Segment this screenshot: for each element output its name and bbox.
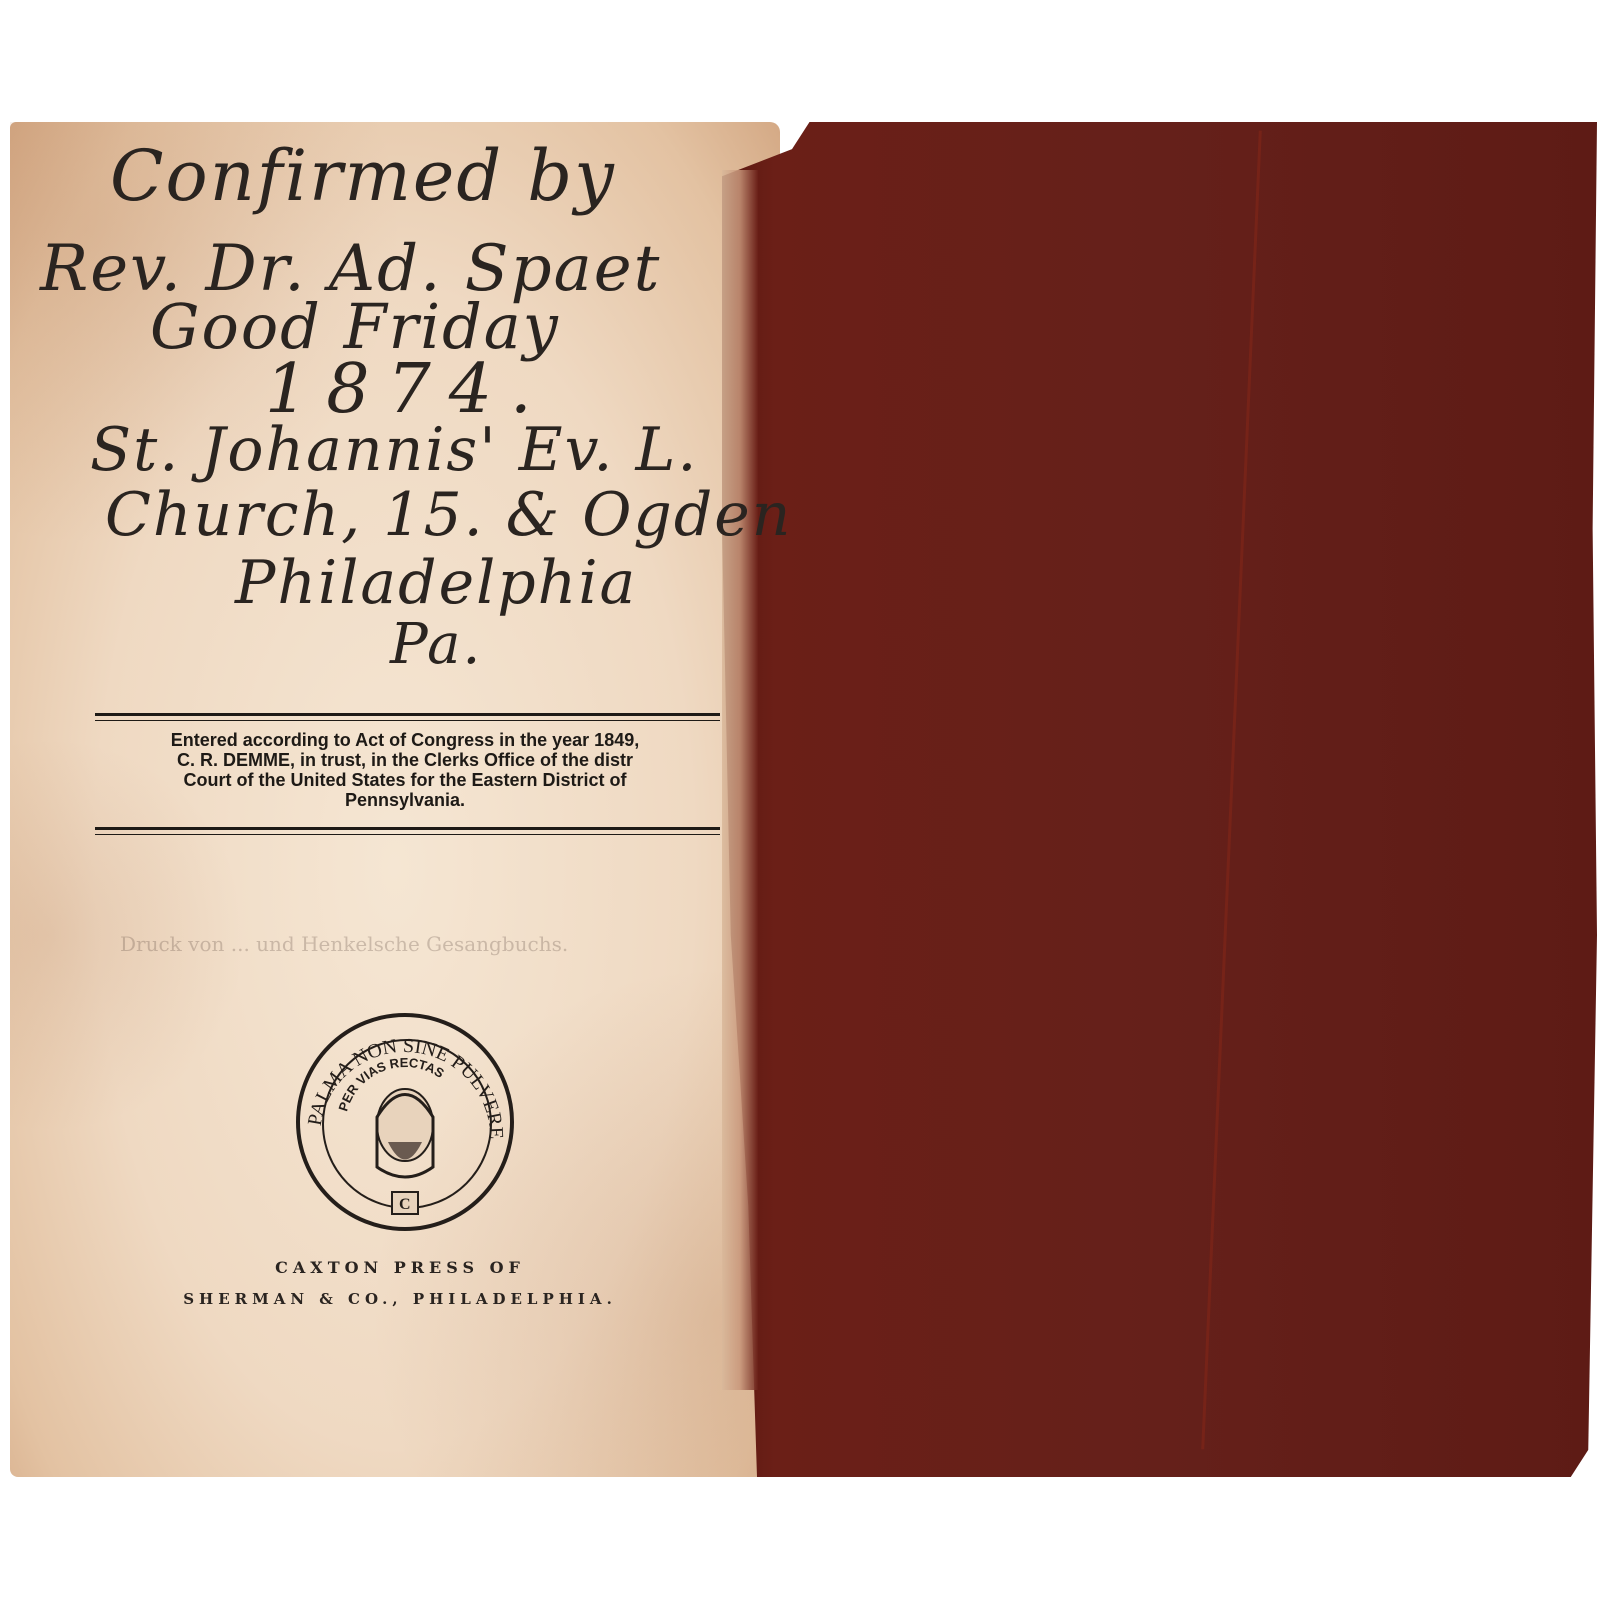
copyright-line: Pennsylvania. [90, 790, 720, 810]
inscription-line: Philadelphia [235, 548, 637, 618]
torn-spine-edge [722, 170, 758, 1390]
divider-rule [95, 827, 720, 830]
copyright-line: Court of the United States for the Easte… [90, 770, 720, 790]
copyright-line: Entered according to Act of Congress in … [90, 730, 720, 750]
inscription-line: Confirmed by [110, 135, 616, 217]
svg-text:C: C [399, 1196, 411, 1213]
divider-rule [95, 834, 720, 835]
bleed-through-text: Druck von ... und Henkelsche Gesangbuchs… [120, 932, 568, 956]
inscription-line: Church, 15. & Ogden [105, 480, 792, 550]
printer-seal-icon: PALMA NON SINE PULVERE PER VIAS RECTAS C [296, 1013, 514, 1231]
inscription-line: St. Johannis' Ev. L. [90, 415, 698, 485]
book-cover [722, 122, 1597, 1477]
copyright-line: C. R. DEMME, in trust, in the Clerks Off… [90, 750, 720, 770]
inscription-line: Pa. [390, 612, 482, 677]
copyright-notice: Entered according to Act of Congress in … [90, 730, 720, 810]
printer-line: CAXTON PRESS OF [0, 1258, 800, 1277]
divider-rule [95, 720, 720, 721]
divider-rule [95, 713, 720, 716]
seal-portrait-icon: PALMA NON SINE PULVERE PER VIAS RECTAS C [300, 1017, 510, 1227]
printer-line: SHERMAN & CO., PHILADELPHIA. [0, 1290, 800, 1308]
